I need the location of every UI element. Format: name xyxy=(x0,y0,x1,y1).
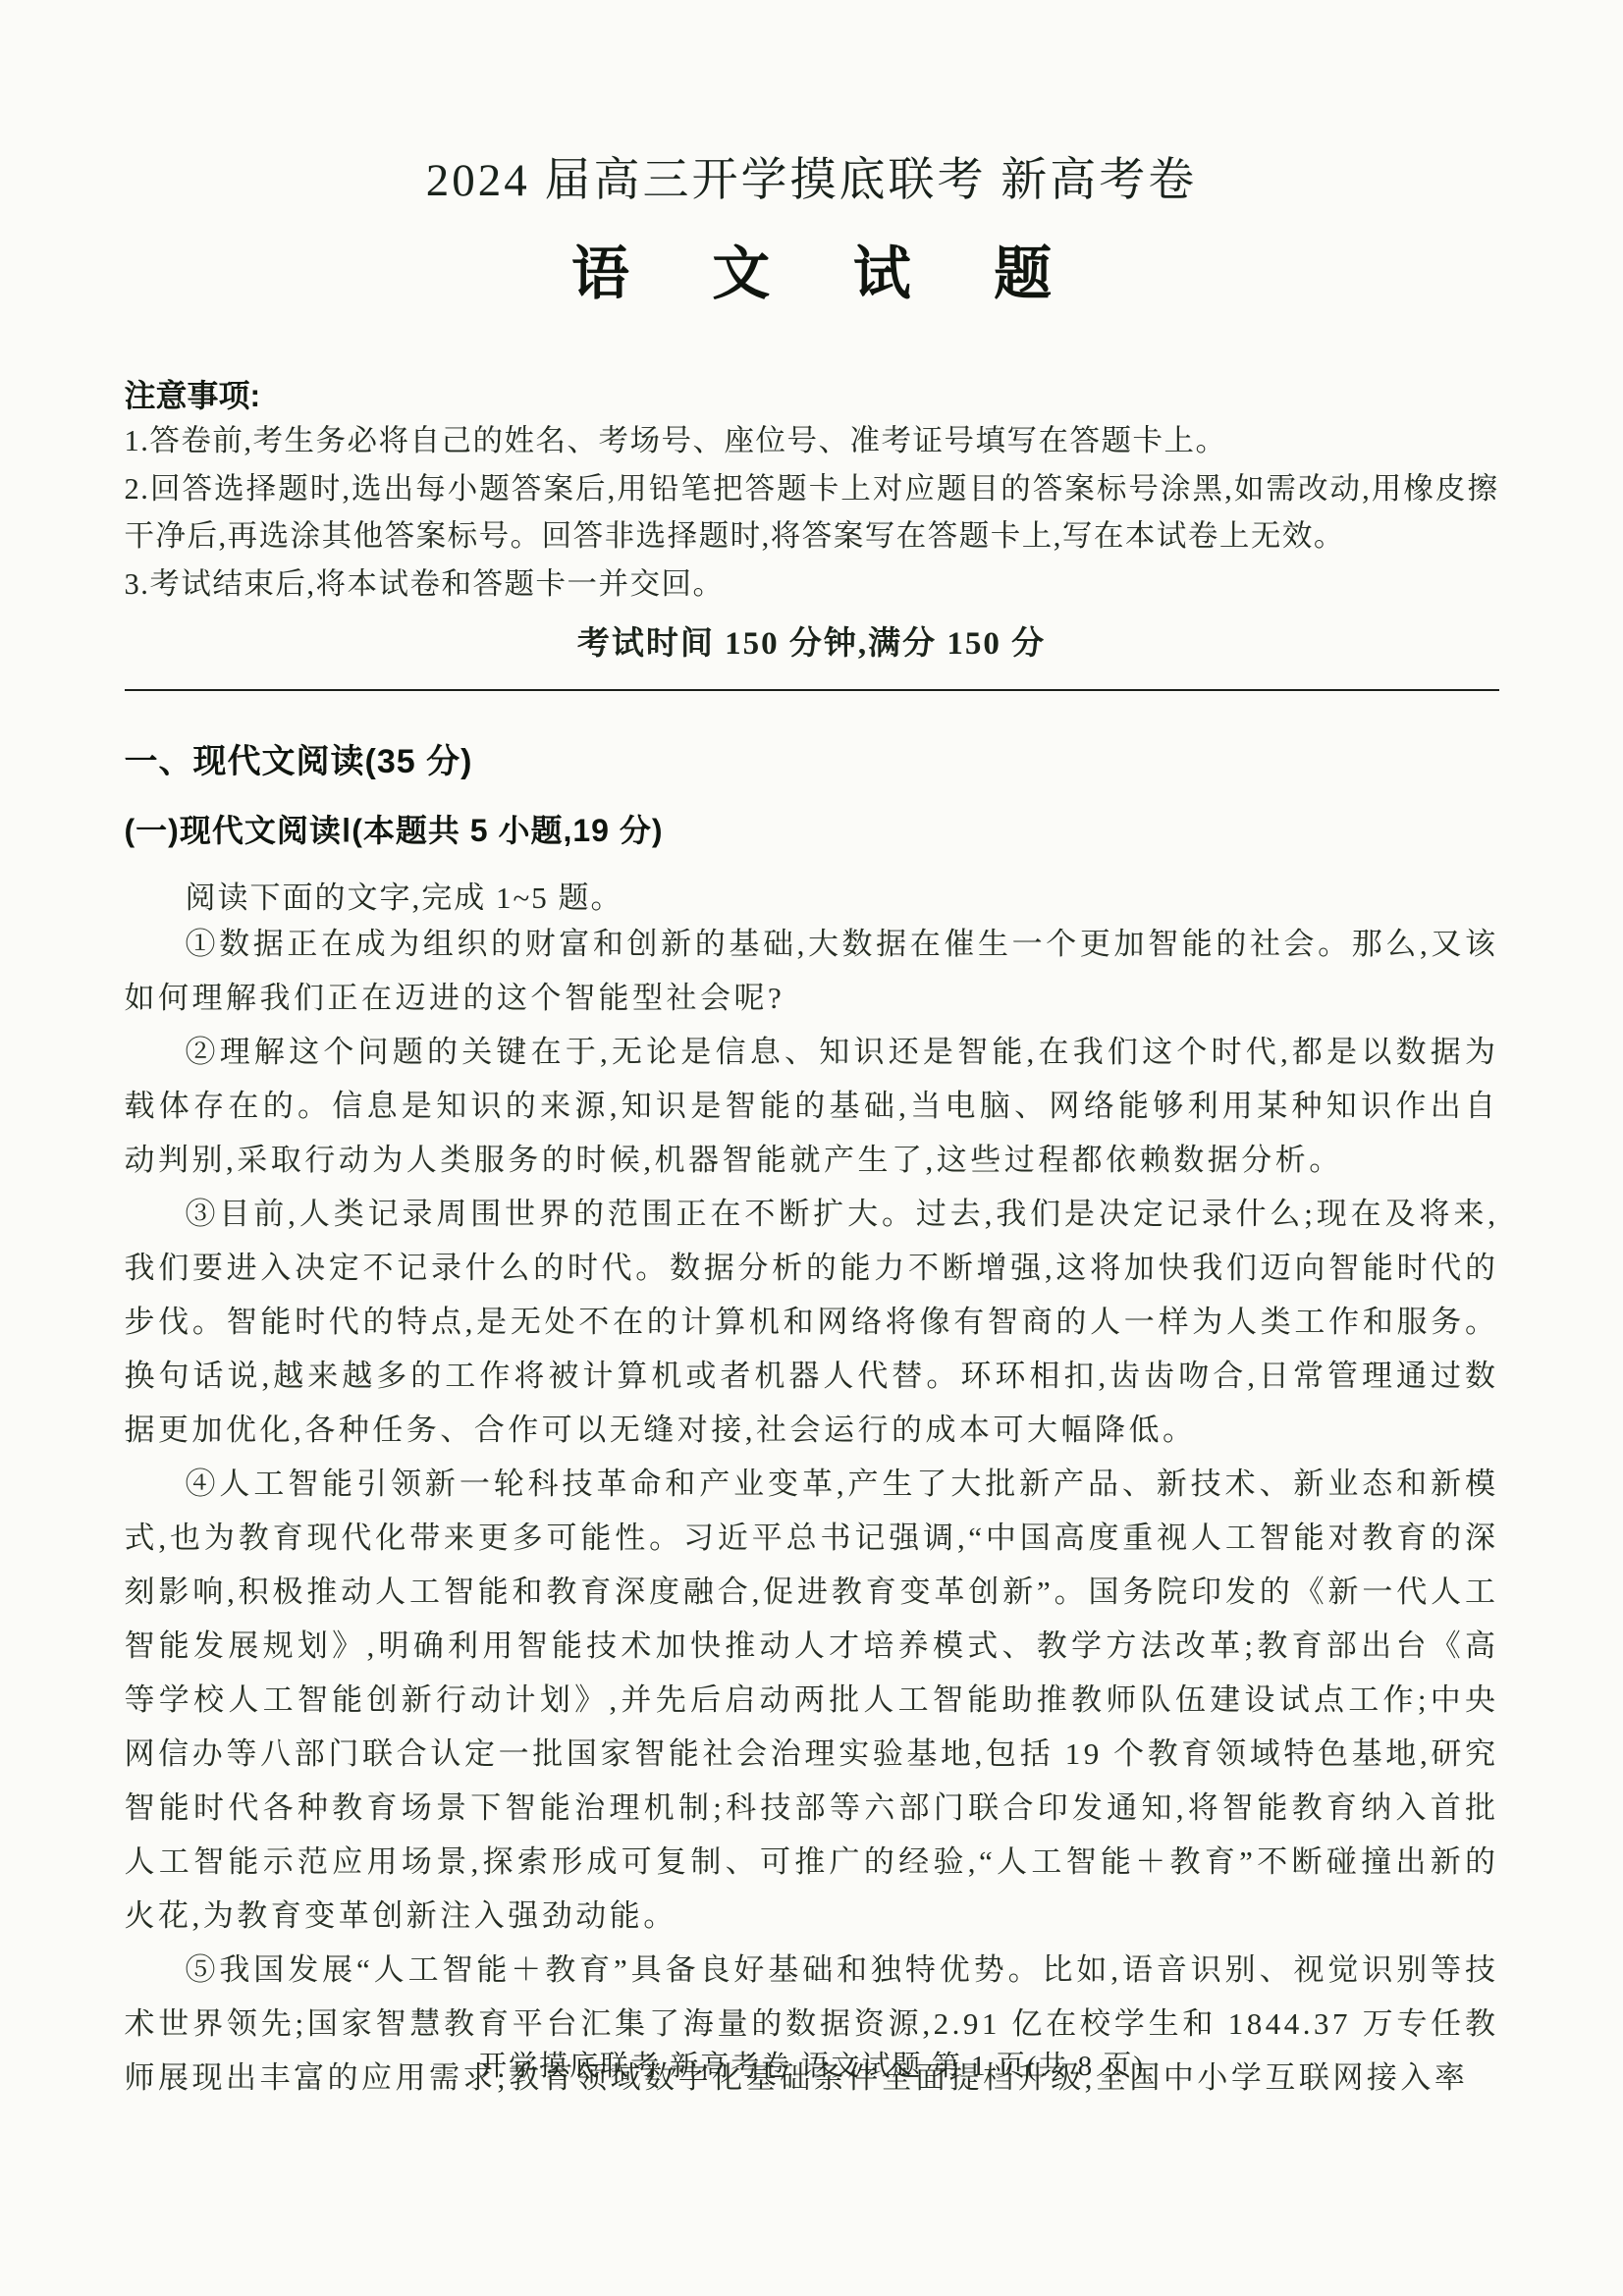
passage-instruction: 阅读下面的文字,完成 1~5 题。 xyxy=(125,873,1499,917)
notice-heading: 注意事项: xyxy=(125,371,1499,416)
header-divider-line xyxy=(125,689,1499,691)
passage-subheading: (一)现代文阅读Ⅰ(本题共 5 小题,19 分) xyxy=(125,806,1499,851)
notice-item-3: 3.考试结束后,将本试卷和答题卡一并交回。 xyxy=(125,561,1499,608)
passage-paragraph-3: ③目前,人类记录周围世界的范围正在不断扩大。过去,我们是决定记录什么;现在及将来… xyxy=(125,1187,1499,1457)
passage-paragraph-4: ④人工智能引领新一轮科技革命和产业变革,产生了大批新产品、新技术、新业态和新模式… xyxy=(125,1457,1499,1943)
notice-item-1: 1.答卷前,考生务必将自己的姓名、考场号、座位号、准考证号填写在答题卡上。 xyxy=(125,417,1499,464)
reading-passage: ①数据正在成为组织的财富和创新的基础,大数据在催生一个更加智能的社会。那么,又该… xyxy=(125,917,1499,2105)
exam-paper-page: 2024 届高三开学摸底联考 新高考卷 语 文 试 题 注意事项: 1.答卷前,… xyxy=(125,0,1499,2296)
passage-paragraph-1: ①数据正在成为组织的财富和创新的基础,大数据在催生一个更加智能的社会。那么,又该… xyxy=(125,917,1499,1025)
section-heading-modern-reading: 一、现代文阅读(35 分) xyxy=(125,734,1499,782)
exam-duration-score: 考试时间 150 分钟,满分 150 分 xyxy=(125,617,1499,664)
subject-title: 语 文 试 题 xyxy=(125,227,1499,310)
exam-title: 2024 届高三开学摸底联考 新高考卷 xyxy=(125,143,1499,209)
passage-paragraph-2: ②理解这个问题的关键在于,无论是信息、知识还是智能,在我们这个时代,都是以数据为… xyxy=(125,1025,1499,1187)
page-footer: 开学摸底联考 新高考卷 语文试题 第 1 页(共 8 页) xyxy=(125,2044,1499,2084)
notice-item-2: 2.回答选择题时,选出每小题答案后,用铅笔把答题卡上对应题目的答案标号涂黑,如需… xyxy=(125,465,1499,560)
